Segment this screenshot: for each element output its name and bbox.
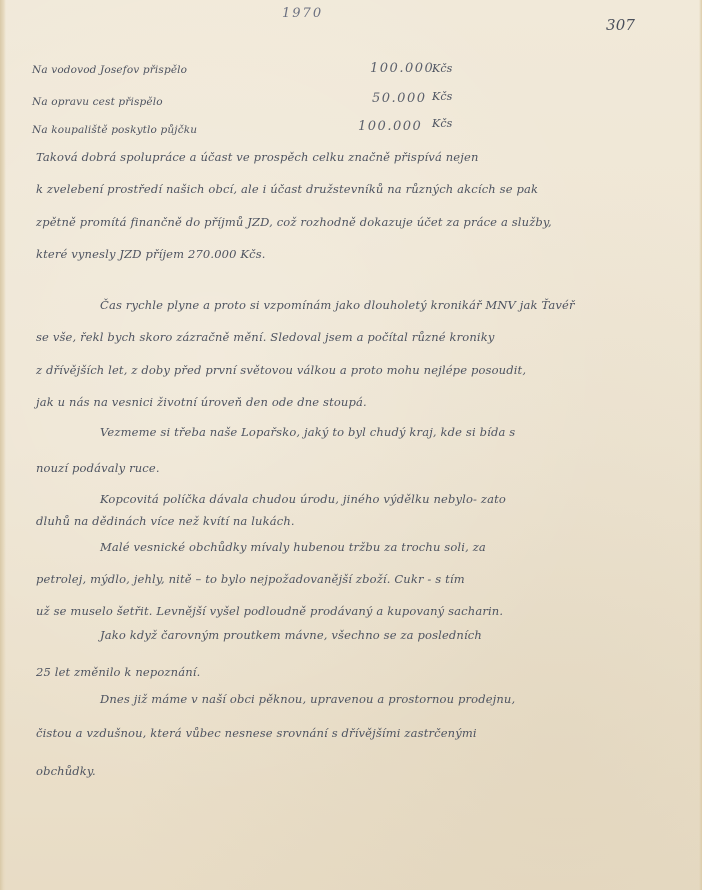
text-line: z dřívějších let, z doby před první svět…	[36, 363, 526, 377]
page-edge-left	[0, 0, 6, 890]
text-line: nouzí podávaly ruce.	[36, 461, 160, 475]
finance-label: Na vodovod Josefov přispělo	[32, 64, 187, 76]
finance-amount: 100.000	[358, 119, 422, 134]
text-line: které vynesly JZD příjem 270.000 Kčs.	[36, 247, 266, 261]
text-line: Taková dobrá spolupráce a účast ve prosp…	[36, 150, 479, 164]
finance-amount: 100.000	[370, 61, 434, 76]
text-line: dluhů na dědinách více než kvítí na luká…	[36, 514, 295, 528]
text-line: obchůdky.	[36, 764, 96, 778]
text-line: Jako když čarovným proutkem mávne, všech…	[100, 628, 482, 642]
text-line: 25 let změnilo k nepoznání.	[36, 665, 200, 679]
year-heading: 1970	[282, 6, 323, 21]
text-line: se vše, řekl bych skoro zázračně mění. S…	[36, 330, 495, 344]
text-line: Malé vesnické obchůdky mívaly hubenou tr…	[100, 540, 486, 554]
text-line: petrolej, mýdlo, jehly, nitě – to bylo n…	[36, 572, 465, 586]
text-line: jak u nás na vesnici životní úroveň den …	[36, 395, 367, 409]
finance-amount: 50.000	[372, 91, 427, 106]
text-line: Dnes již máme v naší obci pěknou, uprave…	[100, 692, 515, 706]
finance-unit: Kčs	[432, 117, 452, 130]
text-line: Čas rychle plyne a proto si vzpomínám ja…	[100, 298, 575, 312]
text-line: čistou a vzdušnou, která vůbec nesnese s…	[36, 726, 477, 740]
page-number: 307	[606, 16, 635, 34]
text-line: zpětně promítá finančně do příjmů JZD, c…	[36, 215, 552, 229]
document-page: 1970 307 Na vodovod Josefov přispělo 100…	[0, 0, 702, 890]
finance-label: Na koupaliště poskytlo půjčku	[32, 124, 197, 136]
text-line: Vezmeme si třeba naše Lopařsko, jaký to …	[100, 425, 515, 439]
finance-unit: Kčs	[432, 90, 452, 103]
text-line: už se muselo šetřit. Levnější vyšel podl…	[36, 604, 503, 618]
finance-label: Na opravu cest přispělo	[32, 96, 163, 108]
text-line: k zvelebení prostředí našich obcí, ale i…	[36, 182, 538, 196]
finance-unit: Kčs	[432, 62, 452, 75]
text-line: Kopcovitá políčka dávala chudou úrodu, j…	[100, 492, 506, 506]
